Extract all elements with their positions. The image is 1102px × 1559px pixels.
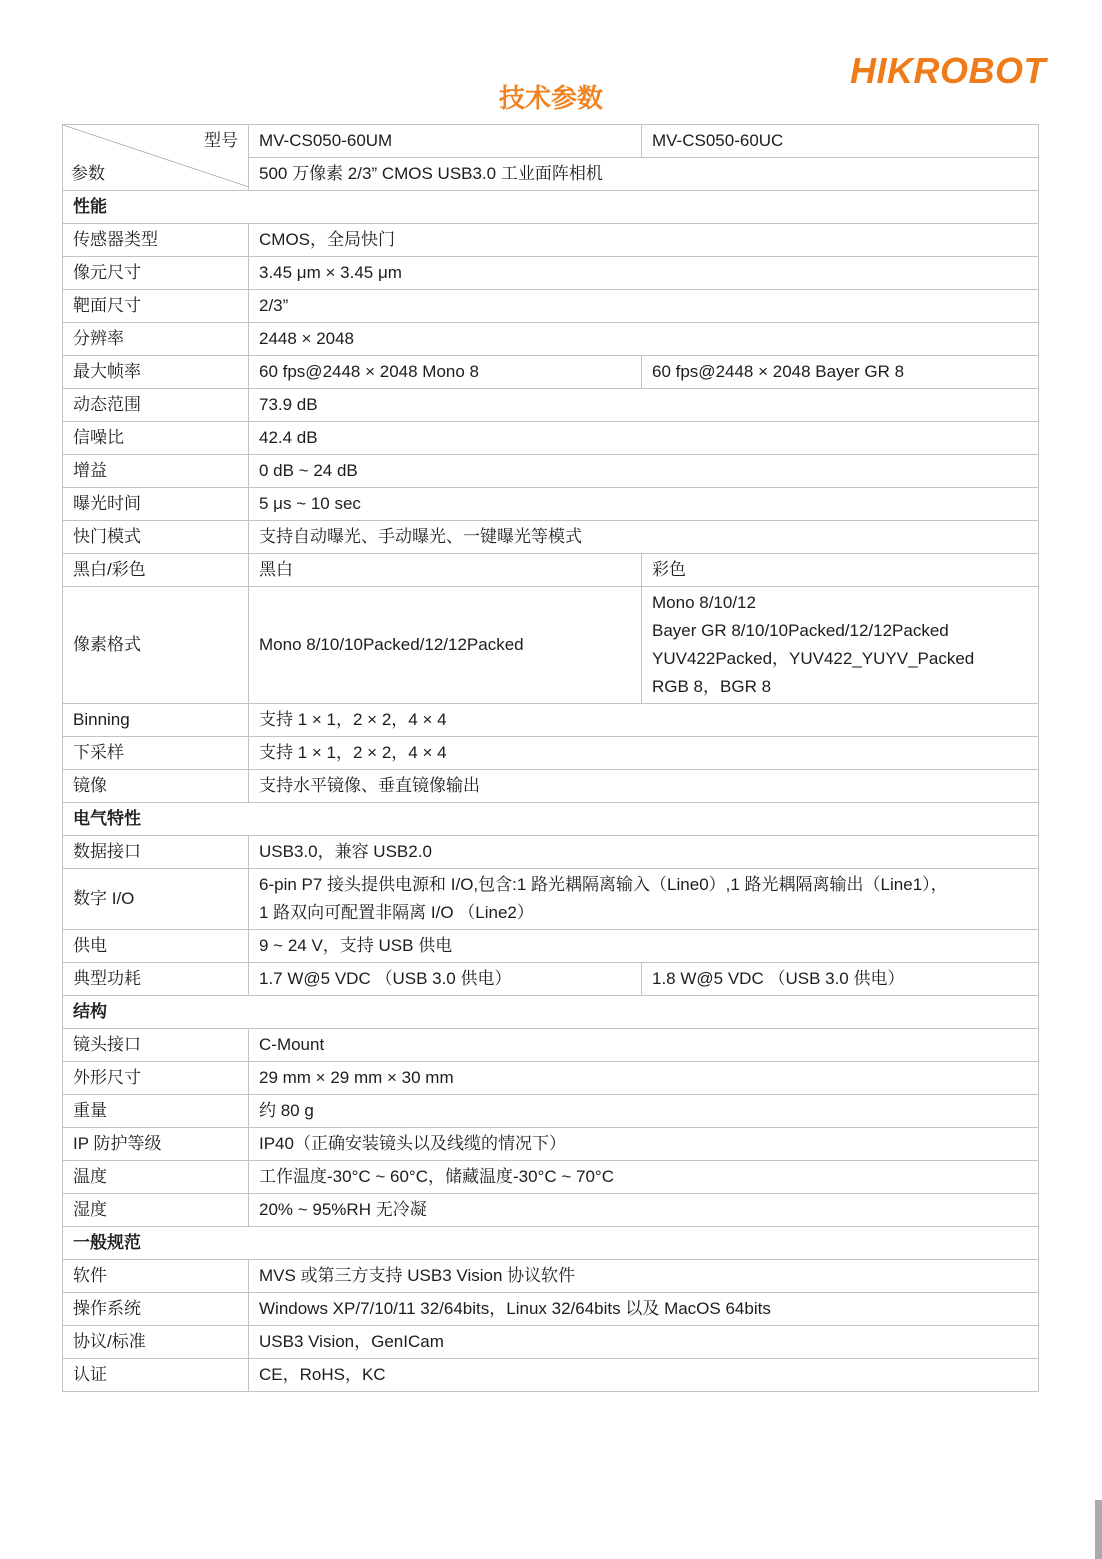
row-value: 2448 × 2048	[249, 323, 1039, 356]
table-row: IP 防护等级IP40（正确安装镜头以及线缆的情况下）	[63, 1128, 1039, 1161]
table-row: 传感器类型CMOS，全局快门	[63, 224, 1039, 257]
row-label: 典型功耗	[63, 963, 249, 996]
corner-header-cell: 型号参数	[63, 125, 249, 191]
row-value: Windows XP/7/10/11 32/64bits，Linux 32/64…	[249, 1293, 1039, 1326]
row-value: 工作温度-30°C ~ 60°C，储藏温度-30°C ~ 70°C	[249, 1161, 1039, 1194]
row-label: 靶面尺寸	[63, 290, 249, 323]
row-value-left: 60 fps@2448 × 2048 Mono 8	[249, 356, 642, 389]
row-label: 传感器类型	[63, 224, 249, 257]
table-row: 操作系统Windows XP/7/10/11 32/64bits，Linux 3…	[63, 1293, 1039, 1326]
section-header: 一般规范	[63, 1227, 1039, 1260]
row-label: 动态范围	[63, 389, 249, 422]
row-label: 镜头接口	[63, 1029, 249, 1062]
row-label: 黑白/彩色	[63, 554, 249, 587]
row-value: 约 80 g	[249, 1095, 1039, 1128]
row-label: 最大帧率	[63, 356, 249, 389]
row-label: 像素格式	[63, 587, 249, 704]
row-label: 外形尺寸	[63, 1062, 249, 1095]
row-label: 温度	[63, 1161, 249, 1194]
row-value: 支持水平镜像、垂直镜像输出	[249, 770, 1039, 803]
row-value: 支持 1 × 1，2 × 2，4 × 4	[249, 737, 1039, 770]
row-label: 操作系统	[63, 1293, 249, 1326]
table-row: 像元尺寸3.45 μm × 3.45 μm	[63, 257, 1039, 290]
table-row: 分辨率2448 × 2048	[63, 323, 1039, 356]
table-row: 数据接口USB3.0，兼容 USB2.0	[63, 836, 1039, 869]
row-value: 支持自动曝光、手动曝光、一键曝光等模式	[249, 521, 1039, 554]
row-label: 快门模式	[63, 521, 249, 554]
table-row: 曝光时间5 μs ~ 10 sec	[63, 488, 1039, 521]
table-row: 黑白/彩色黑白彩色	[63, 554, 1039, 587]
row-value-left: Mono 8/10/10Packed/12/12Packed	[249, 587, 642, 704]
row-label: 软件	[63, 1260, 249, 1293]
table-row: 湿度20% ~ 95%RH 无冷凝	[63, 1194, 1039, 1227]
row-label: 重量	[63, 1095, 249, 1128]
row-value: MVS 或第三方支持 USB3 Vision 协议软件	[249, 1260, 1039, 1293]
table-row: 增益0 dB ~ 24 dB	[63, 455, 1039, 488]
row-value: CE，RoHS，KC	[249, 1359, 1039, 1392]
table-row: 认证CE，RoHS，KC	[63, 1359, 1039, 1392]
table-row: 靶面尺寸2/3”	[63, 290, 1039, 323]
row-label: 供电	[63, 930, 249, 963]
row-value: IP40（正确安装镜头以及线缆的情况下）	[249, 1128, 1039, 1161]
table-row: 像素格式Mono 8/10/10Packed/12/12PackedMono 8…	[63, 587, 1039, 704]
section-header: 结构	[63, 996, 1039, 1029]
row-value: 0 dB ~ 24 dB	[249, 455, 1039, 488]
table-row: 数字 I/O6-pin P7 接头提供电源和 I/O,包含:1 路光耦隔离输入（…	[63, 869, 1039, 930]
row-value-left: 1.7 W@5 VDC （USB 3.0 供电）	[249, 963, 642, 996]
row-value-right: 1.8 W@5 VDC （USB 3.0 供电）	[642, 963, 1039, 996]
page-title: 技术参数	[0, 78, 1102, 115]
row-label: IP 防护等级	[63, 1128, 249, 1161]
row-value: 29 mm × 29 mm × 30 mm	[249, 1062, 1039, 1095]
row-label: 镜像	[63, 770, 249, 803]
spec-table: 型号参数MV-CS050-60UMMV-CS050-60UC500 万像素 2/…	[62, 124, 1039, 1392]
row-value: 5 μs ~ 10 sec	[249, 488, 1039, 521]
row-label: 协议/标准	[63, 1326, 249, 1359]
row-value: 3.45 μm × 3.45 μm	[249, 257, 1039, 290]
row-label: 数据接口	[63, 836, 249, 869]
scrollbar-thumb[interactable]	[1095, 1500, 1102, 1559]
row-value: CMOS，全局快门	[249, 224, 1039, 257]
table-row: 信噪比42.4 dB	[63, 422, 1039, 455]
row-label: Binning	[63, 704, 249, 737]
row-value: 9 ~ 24 V，支持 USB 供电	[249, 930, 1039, 963]
table-row: 下采样支持 1 × 1，2 × 2，4 × 4	[63, 737, 1039, 770]
row-value: 73.9 dB	[249, 389, 1039, 422]
table-row: 外形尺寸29 mm × 29 mm × 30 mm	[63, 1062, 1039, 1095]
table-row: 协议/标准USB3 Vision，GenICam	[63, 1326, 1039, 1359]
table-row: 供电9 ~ 24 V，支持 USB 供电	[63, 930, 1039, 963]
row-value: USB3 Vision，GenICam	[249, 1326, 1039, 1359]
row-label: 信噪比	[63, 422, 249, 455]
table-row: 镜头接口C-Mount	[63, 1029, 1039, 1062]
camera-subtitle: 500 万像素 2/3” CMOS USB3.0 工业面阵相机	[249, 158, 1039, 191]
table-row: 温度工作温度-30°C ~ 60°C，储藏温度-30°C ~ 70°C	[63, 1161, 1039, 1194]
row-value-right: 60 fps@2448 × 2048 Bayer GR 8	[642, 356, 1039, 389]
row-label: 像元尺寸	[63, 257, 249, 290]
table-row: 软件MVS 或第三方支持 USB3 Vision 协议软件	[63, 1260, 1039, 1293]
row-label: 增益	[63, 455, 249, 488]
spec-table-body: 型号参数MV-CS050-60UMMV-CS050-60UC500 万像素 2/…	[63, 125, 1039, 1392]
section-header: 电气特性	[63, 803, 1039, 836]
row-label: 湿度	[63, 1194, 249, 1227]
page-header: HIKROBOT 技术参数	[0, 0, 1102, 124]
row-value: USB3.0，兼容 USB2.0	[249, 836, 1039, 869]
table-row: 动态范围73.9 dB	[63, 389, 1039, 422]
row-label: 分辨率	[63, 323, 249, 356]
table-row: 镜像支持水平镜像、垂直镜像输出	[63, 770, 1039, 803]
section-header: 性能	[63, 191, 1039, 224]
table-row: 典型功耗1.7 W@5 VDC （USB 3.0 供电）1.8 W@5 VDC …	[63, 963, 1039, 996]
row-value: 6-pin P7 接头提供电源和 I/O,包含:1 路光耦隔离输入（Line0）…	[249, 869, 1039, 930]
row-value-right: Mono 8/10/12 Bayer GR 8/10/10Packed/12/1…	[642, 587, 1039, 704]
table-row: Binning支持 1 × 1，2 × 2，4 × 4	[63, 704, 1039, 737]
table-row: 最大帧率60 fps@2448 × 2048 Mono 860 fps@2448…	[63, 356, 1039, 389]
model-name-right: MV-CS050-60UC	[642, 125, 1039, 158]
table-row: 重量约 80 g	[63, 1095, 1039, 1128]
corner-model-label: 型号	[204, 127, 238, 155]
row-value: 2/3”	[249, 290, 1039, 323]
row-value-left: 黑白	[249, 554, 642, 587]
model-name-left: MV-CS050-60UM	[249, 125, 642, 158]
row-value: C-Mount	[249, 1029, 1039, 1062]
row-value: 42.4 dB	[249, 422, 1039, 455]
corner-param-label: 参数	[71, 160, 105, 188]
row-label: 曝光时间	[63, 488, 249, 521]
row-value: 支持 1 × 1，2 × 2，4 × 4	[249, 704, 1039, 737]
row-value-right: 彩色	[642, 554, 1039, 587]
row-value: 20% ~ 95%RH 无冷凝	[249, 1194, 1039, 1227]
row-label: 下采样	[63, 737, 249, 770]
row-label: 认证	[63, 1359, 249, 1392]
table-row: 快门模式支持自动曝光、手动曝光、一键曝光等模式	[63, 521, 1039, 554]
row-label: 数字 I/O	[63, 869, 249, 930]
